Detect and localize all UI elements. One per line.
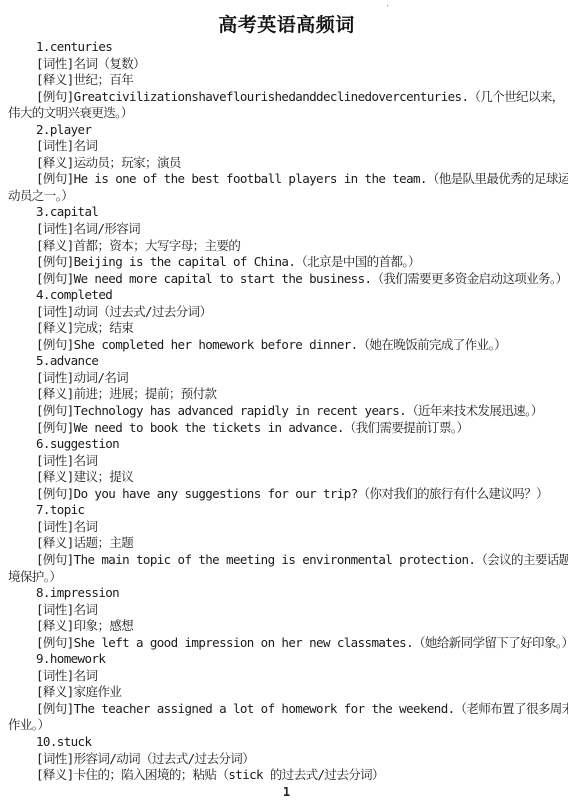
entry-word-line: 9.homework bbox=[8, 651, 568, 668]
entry-word-line: 5.advance bbox=[8, 353, 568, 370]
entry-word-line: 10.stuck bbox=[8, 734, 568, 751]
entry-detail-line: [词性]动词（过去式/过去分词） bbox=[8, 304, 568, 321]
entry-word-line: 1.centuries bbox=[8, 39, 568, 56]
page-number: 1 bbox=[0, 785, 573, 799]
entry-detail-line: [例句]We need more capital to start the bu… bbox=[8, 271, 568, 288]
entry-detail-line: [释义]建议；提议 bbox=[8, 469, 568, 486]
entry-detail-line: [词性]名词 bbox=[8, 453, 568, 470]
entry-detail-line: [例句]Technology has advanced rapidly in r… bbox=[8, 403, 568, 420]
document-lines: 1.centuries[词性]名词（复数）[释义]世纪；百年[例句]Greatc… bbox=[8, 39, 568, 784]
entry-detail-line: [释义]印象；感想 bbox=[8, 618, 568, 635]
stray-scan-mark: ' bbox=[385, 4, 390, 14]
entry-detail-line: [释义]前进；进展；提前；预付款 bbox=[8, 386, 568, 403]
entry-detail-line: [释义]卡住的；陷入困境的；粘贴（stick 的过去式/过去分词） bbox=[8, 767, 568, 784]
entry-word-line: 3.capital bbox=[8, 204, 568, 221]
entry-word-line: 6.suggestion bbox=[8, 436, 568, 453]
entry-detail-line: [词性]形容词/动词（过去式/过去分词） bbox=[8, 751, 568, 768]
entry-word-line: 2.player bbox=[8, 122, 568, 139]
entry-detail-line: [例句]The main topic of the meeting is env… bbox=[8, 552, 568, 569]
entry-word-line: 7.topic bbox=[8, 502, 568, 519]
entry-detail-line: [例句]Do you have any suggestions for our … bbox=[8, 486, 568, 503]
entry-detail-line: [例句]She completed her homework before di… bbox=[8, 337, 568, 354]
entry-detail-line: [例句]He is one of the best football playe… bbox=[8, 171, 568, 188]
entry-detail-line: [词性]名词 bbox=[8, 602, 568, 619]
entry-detail-line: [词性]动词/名词 bbox=[8, 370, 568, 387]
entry-detail-line: [释义]完成；结束 bbox=[8, 320, 568, 337]
entry-detail-line: 作业。） bbox=[8, 717, 568, 734]
entry-word-line: 4.completed bbox=[8, 287, 568, 304]
entry-detail-line: [例句]She left a good impression on her ne… bbox=[8, 635, 568, 652]
entry-detail-line: [词性]名词 bbox=[8, 519, 568, 536]
entry-detail-line: 境保护。） bbox=[8, 569, 568, 586]
entry-word-line: 8.impression bbox=[8, 585, 568, 602]
entry-detail-line: [例句]Greatcivilizationshaveflourishedandd… bbox=[8, 89, 568, 106]
entry-detail-line: [例句]Beijing is the capital of China.（北京是… bbox=[8, 254, 568, 271]
page-title: 高考英语高频词 bbox=[0, 10, 573, 37]
entry-detail-line: [释义]首都；资本；大写字母；主要的 bbox=[8, 238, 568, 255]
entry-detail-line: 动员之一。） bbox=[8, 188, 568, 205]
entry-detail-line: [释义]运动员；玩家；演员 bbox=[8, 155, 568, 172]
entry-detail-line: 伟大的文明兴衰更迭。） bbox=[8, 105, 568, 122]
entry-detail-line: [词性]名词 bbox=[8, 138, 568, 155]
entry-detail-line: [例句]We need to book the tickets in advan… bbox=[8, 420, 568, 437]
entry-detail-line: [释义]世纪；百年 bbox=[8, 72, 568, 89]
entry-detail-line: [释义]话题；主题 bbox=[8, 535, 568, 552]
entry-detail-line: [词性]名词/形容词 bbox=[8, 221, 568, 238]
entry-detail-line: [词性]名词 bbox=[8, 668, 568, 685]
entry-detail-line: [例句]The teacher assigned a lot of homewo… bbox=[8, 701, 568, 718]
document-page: { "title": "高考英语高频词", "stray_mark": "'",… bbox=[0, 0, 573, 808]
entry-detail-line: [释义]家庭作业 bbox=[8, 684, 568, 701]
entry-detail-line: [词性]名词（复数） bbox=[8, 56, 568, 73]
